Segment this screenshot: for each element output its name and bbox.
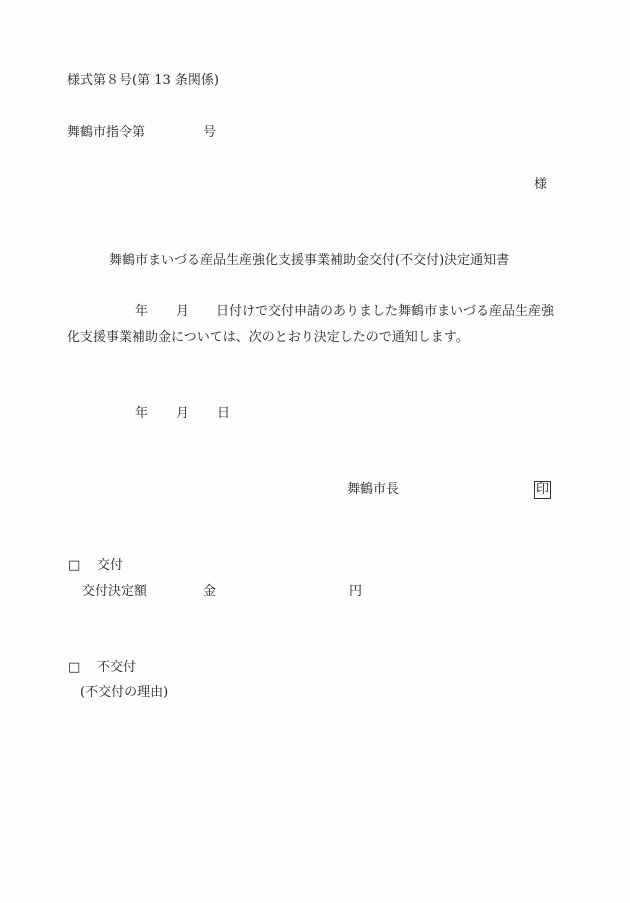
grant-amount-prefix: 金 <box>203 584 216 600</box>
body-line1: 日付けで交付申請のありました舞鶴市まいづる産品生産強 <box>216 304 554 320</box>
date-year: 年 <box>135 406 148 422</box>
nongrant-checkbox[interactable]: □ <box>68 660 80 676</box>
addressee-suffix: 様 <box>534 177 547 193</box>
body-line2: 化支援事業補助金については、次のとおり決定したので通知します。 <box>67 330 469 346</box>
date-month: 月 <box>176 406 189 422</box>
nongrant-label: 不交付 <box>97 660 136 676</box>
seal-mark: 印 <box>534 481 551 499</box>
date-day: 日 <box>217 406 230 422</box>
nongrant-reason-label: (不交付の理由) <box>80 685 168 701</box>
directive-suffix: 号 <box>203 125 216 141</box>
grant-checkbox[interactable]: □ <box>68 558 80 574</box>
grant-amount-label: 交付決定額 <box>82 584 147 600</box>
form-number: 様式第８号(第 13 条関係) <box>67 73 219 89</box>
body-year: 年 <box>135 304 148 320</box>
document-title: 舞鶴市まいづる産品生産強化支援事業補助金交付(不交付)決定通知書 <box>109 253 509 269</box>
mayor-title: 舞鶴市長 <box>347 482 399 498</box>
grant-label: 交付 <box>97 558 123 574</box>
directive-prefix: 舞鶴市指令第 <box>67 125 145 141</box>
grant-amount-unit: 円 <box>349 584 362 600</box>
body-month: 月 <box>176 304 189 320</box>
